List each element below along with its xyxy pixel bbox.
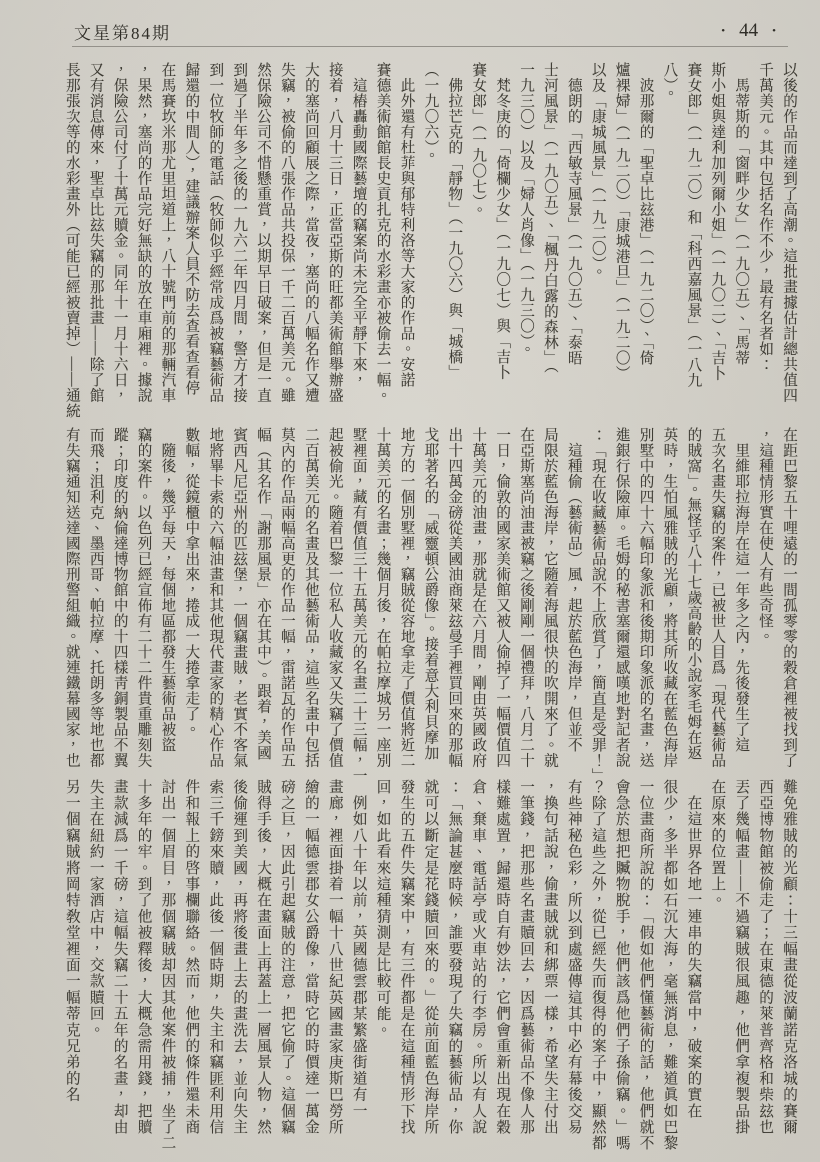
text-column: 件和報上的啓事欄聯絡。然而，他們的條件還未商 xyxy=(178,779,202,1151)
text-column: 而飛；沮利克、墨西哥、帕拉摩、托朗多等地也都 xyxy=(83,427,107,773)
text-column: 一日，倫敦的國家美術館又被人偷掉了一幅價值四 xyxy=(489,427,513,773)
text-column: 索三千鎊來贖，此後一個時期，失主和竊匪利用信 xyxy=(202,779,226,1151)
text-column: 局限於藍色海岸，它隨着海風很快的吹開來了。就 xyxy=(537,427,561,773)
magazine-title: 文星第84期 xyxy=(74,19,171,44)
text-column: 馬蒂斯的「窗畔少女」（一九〇五）、「馬蒂 xyxy=(728,62,752,416)
text-column: 接着，八月十三日，正當亞斯的旺都美術館舉辦盛 xyxy=(322,62,346,416)
text-column: 幅（其名作「謝那風景」亦在其中）。跟着，美國 xyxy=(250,427,274,773)
text-column: ：「現在收藏藝術品說不上欣賞了，簡直是受罪！」 xyxy=(585,427,609,773)
text-column: 就可以斷定是花錢贖回來的。」從前面藍色海岸所 xyxy=(418,779,442,1151)
text-column: 在這世界各地一連串的失竊當中，破案的實在 xyxy=(680,779,704,1151)
text-column: 賽女郎」（一九〇七）。 xyxy=(465,62,489,416)
text-column: 出十四萬金磅從美國油商萊玆曼手裡買回來的那幅 xyxy=(441,427,465,773)
text-column: 畫款減爲一千磅，這幅失竊二十五年的名畫，却由 xyxy=(107,779,131,1151)
article-section-middle: 在距巴黎五十哩遠的一間孤零零的穀倉裡被找到了，這種情形實在使人有些奇怪。 里維耶… xyxy=(56,427,800,773)
text-column: ？除了這些之外，從已經失而復得的案子中，顯然都 xyxy=(585,779,609,1151)
text-column: 二百萬美元的名畫及其他藝術品，這些名畫中包括 xyxy=(298,427,322,773)
text-column: 發生的五件失竊案中，有三件都是在這種情形下找 xyxy=(394,779,418,1151)
text-column: 這樁轟動國際藝壇的竊案尚未完全平靜下來， xyxy=(346,62,370,416)
text-column: 賽德美術館館長史貢扎克的水彩畫亦被偷去一幅。 xyxy=(370,62,394,416)
text-column: 例如八十年以前，英國德雲郡某繁盛街道有一 xyxy=(346,779,370,1151)
bullet-icon: • xyxy=(721,26,725,37)
text-column: 此外還有杜菲與郁特利洛等大家的作品。安諾 xyxy=(394,62,418,416)
text-column: 樣難處置，歸還時自有妙法，它們會重新出現在穀 xyxy=(489,779,513,1151)
magazine-page: 文星第84期 • 44 • 以後的作品而達到了高潮。這批畫據估計總共值四千萬美元… xyxy=(0,0,820,1162)
text-column: 莫內的作品兩幅高更的作品一幅，雷諾瓦的作品五 xyxy=(274,427,298,773)
text-column: 有失竊通知送達國際刑警組織。就連鐵幕國家，也 xyxy=(59,427,83,773)
text-column: 爐裸婦」（一九二〇）「康城港旦」（一九二〇） xyxy=(609,62,633,416)
text-column: 倉、棄車、電話亭或火車站的行李房。所以有人說 xyxy=(465,779,489,1151)
text-column: 有些神秘色彩，所以到處盛傳這其中必有幕後交易 xyxy=(561,779,585,1151)
text-column: 在原來的位置上。 xyxy=(704,779,728,1151)
text-column: 另一個竊賊將岡特敎堂裡面一幅蒂克兄弟的名 xyxy=(59,779,83,1151)
text-column: 磅之巨，因此引起竊賊的注意，把它偷了。這個竊 xyxy=(274,779,298,1151)
text-column: 進銀行保險庫。毛姆的秘書塞爾還感嘆地對記者說 xyxy=(609,427,633,773)
text-column: 士河風景」（一九〇五）、「楓丹白露的森林」（ xyxy=(537,62,561,416)
text-column: 以後的作品而達到了高潮。這批畫據估計總共值四 xyxy=(776,62,800,416)
text-column: 五次名畫失竊的案件，已被世人目爲「現代藝術品 xyxy=(704,427,728,773)
page-number-value: 44 xyxy=(739,20,758,42)
text-column: 一位畫商所說的：「假如他們懂藝術的話，他們就不 xyxy=(633,779,657,1151)
header-divider xyxy=(72,46,788,47)
text-column: 竊的案件。以色列已經宣佈有二十二件貴重雕刻失 xyxy=(131,427,155,773)
text-column: ，換句話說，偷畫賊就和綁票一樣，希望失主付出 xyxy=(537,779,561,1151)
text-column: ，果然，塞尚的作品完好無缺的放在車廂裡。據說 xyxy=(131,62,155,416)
text-column: 到一位牧師的電話（牧師似乎經常成爲被竊藝術品 xyxy=(202,62,226,416)
text-column: 墅裡面，藏有價值三十五萬美元的名畫二十三幅，一 xyxy=(346,427,370,773)
text-column: 在亞斯塞尚油畫被竊之後剛剛一個禮拜，八月二十 xyxy=(513,427,537,773)
text-column: 蹤；印度的納倫達博物館中的十四樣靑銅製品不翼 xyxy=(107,427,131,773)
text-column: 十多年的牢。到了他被釋後，大概急需用錢，把贖 xyxy=(131,779,155,1151)
text-column: （一九〇六）。 xyxy=(418,62,442,416)
text-column: 長那張次等的水彩畫外（可能已經被賣掉）——通統 xyxy=(59,62,83,416)
text-column: 波那爾的「聖卓比玆港」（一九二〇）、「倚 xyxy=(633,62,657,416)
text-column: 丟了幾幅畫——不過竊賊很風趣，他們拿複製品掛 xyxy=(728,779,752,1151)
article-section-bottom: 難免雅賊的光顧：十三幅畫從波蘭諾克洛城的賽爾西亞博物館被偷走了；在東德的萊普齊格… xyxy=(56,779,800,1151)
text-column: 回，如此看來這種猜測是比較可能。 xyxy=(370,779,394,1151)
text-column: 到過了半年多之後的一九六二年四月間，警方才接 xyxy=(226,62,250,416)
text-column: 別墅中的四十六幅印象派和後期印象派的名畫，送 xyxy=(633,427,657,773)
text-column: 一九三〇）以及「婦人肖像」（一九三〇）。 xyxy=(513,62,537,416)
text-column: 大的塞尚回顧展之際，當夜，塞尚的八幅名作又遭 xyxy=(298,62,322,416)
text-column: 歸還的中間人），建議辦案人員不防去查看查看停 xyxy=(178,62,202,416)
text-column: 起被偷光。隨着巴黎一位私人收藏家又失竊了價值 xyxy=(322,427,346,773)
text-column: ，這種情形實在使人有些奇怪。 xyxy=(752,427,776,773)
text-column: 戈耶著名的「威靈頓公爵像」。接着意大利貝摩加 xyxy=(418,427,442,773)
text-column: 八）。 xyxy=(657,62,681,416)
text-column: 梵冬庚的「倚欄少女」（一九〇七）與「吉卜 xyxy=(489,62,513,416)
text-column: 賊得手後，大概在畫面上再蓋上一層風景人物，然 xyxy=(250,779,274,1151)
text-column: 賓西凡尼亞州的匹玆堡，一個竊畫賊，老實不客氣 xyxy=(226,427,250,773)
text-column: 失竊，被偷的八張作品共投保一千二百萬美元。雖 xyxy=(274,62,298,416)
text-column: 十萬美元的名畫；幾個月後，在帕拉摩城另一座別 xyxy=(370,427,394,773)
text-column: 隨後，幾乎每天，每個地區都發生藝術品被盜 xyxy=(155,427,179,773)
text-column: 地方的一個別墅裡，竊賊從容地拿走了價值將近二 xyxy=(394,427,418,773)
page-number: • 44 • xyxy=(721,20,776,42)
text-column: 難免雅賊的光顧：十三幅畫從波蘭諾克洛城的賽爾 xyxy=(776,779,800,1151)
text-column: 在馬賽坎米那尤里坦道上，八十號門前的那輛汽車 xyxy=(155,62,179,416)
text-column: 會急於想把贓物脫手，他們該爲他們子孫偷竊。」嗎 xyxy=(609,779,633,1151)
article-section-top: 以後的作品而達到了高潮。這批畫據估計總共值四千萬美元。其中包括名作不少，最有名者… xyxy=(56,62,800,416)
text-column: 又有消息傳來，聖卓比玆失竊的那批畫——除了館 xyxy=(83,62,107,416)
text-column: 地將畢卡索的六幅油畫和其他現代畫家的精心作品 xyxy=(202,427,226,773)
text-column: 里維耶拉海岸在這一年多之內，先後發生了這 xyxy=(728,427,752,773)
text-column: 的賊窩」。無怪乎八十七歲高齡的小說家毛姆在返 xyxy=(680,427,704,773)
text-column: 斯小姐與達利加列爾小姐」（一九〇二）、「吉卜 xyxy=(704,62,728,416)
text-column: 千萬美元。其中包括名作不少，最有名者如： xyxy=(752,62,776,416)
text-column: 失主在紐約一家酒店中，交款贖回。 xyxy=(83,779,107,1151)
text-column: 很少，多半都如石沉大海，毫無消息，難道眞如巴黎 xyxy=(657,779,681,1151)
text-column: 然保險公司不惜懸重賞，以期早日破案，但是一直 xyxy=(250,62,274,416)
text-column: 賽女郎」（一九二〇）和「科西嘉風景」（一八九 xyxy=(680,62,704,416)
text-column: 在距巴黎五十哩遠的一間孤零零的穀倉裡被找到了 xyxy=(776,427,800,773)
text-column: 以及「康城風景」（一九二〇）。 xyxy=(585,62,609,416)
text-column: 畫廊，裡面掛着一幅十八世紀英國畫家庚斯巴勞所 xyxy=(322,779,346,1151)
text-column: ，保險公司付了十萬元贖金。同年十一月十六日， xyxy=(107,62,131,416)
text-column: 數幅，從鏡櫃中拿出來，捲成一大捲拿走了。 xyxy=(178,427,202,773)
text-column: 一筆錢，把那些名畫贖回去，因爲藝術品不像人那 xyxy=(513,779,537,1151)
page-header: 文星第84期 • 44 • xyxy=(74,16,776,46)
text-column: 後偷運到美國，再將後畫上去的畫洗去，並向失主 xyxy=(226,779,250,1151)
bullet-icon: • xyxy=(772,26,776,37)
text-column: ：「無論甚麼時候，誰要發現了失竊的藝術品，你 xyxy=(441,779,465,1151)
text-column: 繪的一幅德雲郡女公爵像，當時它的時價達一萬金 xyxy=(298,779,322,1151)
text-column: 佛拉芒克的「靜物」（一九〇六）與「城橋」 xyxy=(441,62,465,416)
text-column: 德朗的「西敏寺風景」（一九〇五）、「泰晤 xyxy=(561,62,585,416)
text-column: 十萬美元的油畫，那就是在六月間，剛由英國政府 xyxy=(465,427,489,773)
text-column: 西亞博物館被偷走了；在東德的萊普齊格和柴玆也 xyxy=(752,779,776,1151)
text-column: 討出一個眉目，那個竊賊却因其他案件被捕，坐了二 xyxy=(155,779,179,1151)
text-column: 這種偷（藝術品）風，起於藍色海岸，但並不 xyxy=(561,427,585,773)
text-column: 英時，生怕風雅賊的光顧，將其所收藏在藍色海岸 xyxy=(657,427,681,773)
